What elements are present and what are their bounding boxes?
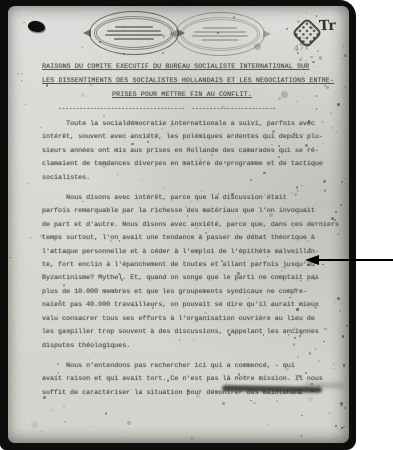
speck-dot	[297, 20, 300, 23]
document-body: Toute la socialdémocratie internationale…	[42, 118, 349, 407]
speck-dot	[101, 161, 107, 167]
speck-dot	[289, 297, 291, 299]
speck-dot	[267, 424, 269, 426]
speck-dot	[316, 108, 318, 110]
speck-dot	[118, 285, 119, 286]
speck-dot	[297, 356, 299, 358]
speck-dot	[324, 328, 326, 330]
speck-dot	[314, 66, 315, 67]
speck-dot	[254, 43, 261, 50]
speck-dot	[334, 301, 335, 302]
speck-dot	[90, 84, 92, 86]
ink-blot	[27, 19, 46, 34]
document-page: Tr 471 RAISONS DU COMITE EXECUTIF DU BUR…	[8, 6, 349, 443]
speck-dot	[191, 437, 192, 438]
speck-dot	[217, 32, 219, 34]
speck-dot	[147, 141, 149, 143]
speck-dot	[301, 185, 302, 186]
speck-dot	[343, 46, 344, 47]
speck-dot	[82, 47, 83, 48]
stamp-text-line	[203, 27, 237, 29]
speck-dot	[263, 334, 264, 335]
title-line-1: RAISONS DU COMITE EXECUTIF DU BUREAU SOC…	[42, 60, 348, 74]
stamp-tip-icon	[263, 30, 271, 38]
speck-dot	[319, 56, 322, 59]
speck-dot	[317, 176, 318, 177]
speck-dot	[163, 187, 164, 188]
speck-dot	[301, 415, 302, 416]
speck-dot	[250, 400, 252, 402]
speck-dot	[118, 273, 120, 275]
speck-dot	[82, 201, 83, 202]
stamp-text-line	[105, 34, 163, 36]
speck-dot	[281, 270, 283, 272]
speck-dot	[226, 382, 227, 383]
speck-dot	[128, 95, 130, 97]
stamp-text-line	[114, 38, 154, 40]
speck-dot	[316, 95, 317, 96]
speck-dot	[32, 17, 33, 18]
speck-dot	[311, 389, 314, 392]
speck-dot	[228, 333, 231, 336]
speck-dot	[122, 288, 123, 289]
oval-stamp-right-icon	[175, 12, 265, 56]
speck-dot	[335, 211, 336, 212]
speck-dot	[329, 412, 331, 414]
speck-dot	[179, 339, 180, 340]
speck-dot	[297, 190, 298, 191]
speck-dot	[103, 114, 105, 116]
speck-dot	[296, 101, 297, 102]
pointer-arrow	[305, 255, 393, 265]
speck-dot	[273, 67, 274, 68]
speck-dot	[305, 144, 308, 147]
speck-dot	[305, 372, 307, 374]
speck-dot	[231, 193, 233, 195]
speck-dot	[278, 156, 280, 158]
speck-dot	[286, 368, 288, 370]
speck-dot	[268, 120, 269, 121]
speck-dot	[286, 28, 288, 30]
speck-dot	[137, 304, 138, 305]
speck-dot	[297, 52, 299, 54]
document-title: RAISONS DU COMITE EXECUTIF DU BUREAU SOC…	[42, 60, 348, 116]
speck-dot	[309, 248, 311, 250]
speck-dot	[306, 12, 307, 13]
speck-dot	[112, 77, 113, 78]
speck-dot	[9, 257, 11, 259]
speck-dot	[269, 213, 273, 217]
speck-dot	[344, 54, 347, 57]
speck-dot	[152, 307, 154, 309]
speck-dot	[27, 183, 28, 184]
speck-dot	[233, 16, 235, 18]
stamp-text-line	[115, 26, 153, 28]
speck-dot	[278, 97, 281, 100]
speck-dot	[71, 312, 72, 313]
speck-dot	[339, 310, 341, 312]
speck-dot	[128, 136, 129, 137]
speck-dot	[307, 240, 309, 242]
speck-dot	[73, 372, 74, 373]
speck-dot	[291, 192, 293, 194]
speck-dot	[36, 204, 37, 205]
speck-dot	[211, 154, 212, 155]
speck-dot	[266, 414, 267, 415]
speck-dot	[43, 396, 45, 398]
speck-dot	[17, 73, 19, 75]
speck-dot	[300, 280, 301, 281]
speck-dot	[51, 409, 53, 411]
speck-dot	[30, 237, 31, 238]
speck-dot	[170, 126, 171, 127]
speck-dot	[301, 435, 302, 436]
stamp-inner-border	[180, 17, 260, 51]
speck-dot	[308, 83, 309, 84]
stamp-tip-icon	[169, 30, 177, 38]
speck-dot	[23, 22, 24, 23]
stamp-inner-border	[94, 16, 174, 50]
speck-dot	[323, 143, 324, 144]
speck-dot	[236, 250, 237, 251]
speck-dot	[192, 17, 194, 19]
speck-dot	[319, 438, 320, 439]
speck-dot	[267, 256, 268, 257]
speck-dot	[253, 402, 256, 405]
speck-dot	[41, 431, 42, 432]
speck-dot	[221, 260, 223, 262]
speck-dot	[93, 426, 94, 427]
title-line-3: PRISES POUR METTRE FIN AU CONFLIT.	[42, 88, 348, 102]
speck-dot	[81, 93, 85, 97]
stamp-text-line	[201, 39, 239, 41]
stamp-text-line	[192, 35, 248, 37]
speck-dot	[308, 397, 312, 401]
speck-dot	[310, 56, 313, 59]
speck-dot	[105, 412, 107, 414]
speck-dot	[323, 180, 325, 182]
speck-dot	[296, 186, 299, 189]
speck-dot	[263, 305, 265, 307]
speck-dot	[267, 398, 268, 399]
paragraph-2: Nous disons avec intérêt, parce que la d…	[42, 192, 349, 353]
title-line-2: LES DISSENTIMENTS DES SOCIALISTES HOLLAN…	[42, 74, 348, 88]
speck-dot	[311, 383, 313, 385]
stamp-text-line	[194, 31, 246, 33]
speck-dot	[341, 181, 343, 183]
speck-dot	[346, 325, 348, 327]
speck-dot	[343, 364, 345, 366]
speck-dot	[222, 402, 225, 405]
speck-dot	[315, 161, 316, 162]
speck-dot	[317, 50, 319, 52]
speck-dot	[296, 308, 299, 311]
speck-dot	[335, 425, 337, 427]
oval-stamp-left-icon	[89, 11, 179, 55]
speck-dot	[343, 426, 345, 428]
speck-dot	[64, 421, 65, 422]
speck-dot	[300, 41, 302, 43]
tr-annotation: Tr	[319, 18, 336, 35]
speck-dot	[303, 134, 304, 135]
speck-dot	[344, 407, 346, 409]
speck-dot	[313, 274, 314, 275]
speck-dot	[123, 53, 125, 55]
speck-dot	[299, 59, 301, 61]
speck-dot	[272, 130, 274, 132]
document-photo: Tr 471 RAISONS DU COMITE EXECUTIF DU BUR…	[0, 0, 356, 450]
speck-dot	[240, 63, 241, 64]
screenshot-stage: Tr 471 RAISONS DU COMITE EXECUTIF DU BUR…	[0, 0, 393, 450]
speck-dot	[264, 194, 266, 196]
speck-dot	[340, 402, 343, 405]
speck-dot	[344, 86, 346, 88]
speck-dot	[304, 73, 305, 74]
speck-dot	[199, 158, 201, 160]
speck-dot	[59, 300, 61, 302]
speck-dot	[331, 127, 333, 129]
speck-dot	[294, 193, 297, 196]
speck-dot	[21, 80, 22, 81]
arrow-shaft	[314, 259, 393, 261]
speck-dot	[117, 174, 118, 175]
speck-dot	[21, 73, 23, 75]
title-separator: ------------------------------------ ---…	[42, 102, 348, 116]
speck-dot	[312, 61, 314, 63]
stamp-text-line	[107, 30, 161, 32]
speck-dot	[127, 421, 131, 425]
paragraph-1: Toute la socialdémocratie internationale…	[42, 118, 349, 185]
speck-dot	[141, 180, 142, 181]
speck-dot	[163, 35, 165, 37]
speck-dot	[319, 166, 320, 167]
speck-dot	[31, 421, 37, 427]
speck-dot	[224, 161, 227, 164]
speck-dot	[162, 52, 164, 54]
speck-dot	[298, 375, 301, 378]
speck-dot	[330, 112, 332, 114]
speck-dot	[316, 15, 318, 17]
speck-dot	[340, 204, 341, 205]
speck-dot	[239, 236, 241, 238]
speck-dot	[25, 104, 26, 105]
speck-dot	[324, 189, 326, 191]
speck-dot	[51, 249, 54, 252]
speck-dot	[342, 58, 343, 59]
speck-dot	[238, 373, 240, 375]
speck-dot	[319, 385, 320, 386]
speck-dot	[185, 206, 187, 208]
speck-dot	[337, 103, 340, 106]
speck-dot	[237, 272, 239, 274]
speck-dot	[40, 127, 41, 128]
stamp-tip-icon	[83, 29, 91, 37]
